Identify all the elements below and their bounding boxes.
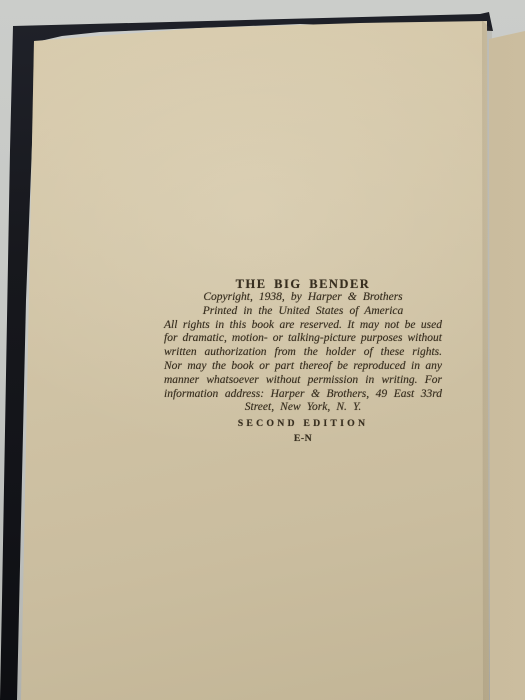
copyright-text-block: THE BIG BENDER Copyright, 1938, by Harpe… [164,277,442,444]
printed-line: Printed in the United States of America [164,305,442,319]
rights-line: written authorization from the holder of… [164,346,442,360]
rights-line: manner whatsoever without permission in … [164,374,442,388]
edition-line: SECOND EDITION [164,419,442,429]
rights-line: Nor may the book or part thereof be repr… [164,360,442,374]
rights-last-line: Street, New York, N. Y. [164,401,442,415]
printer-code: E-N [164,434,442,444]
book-photo: THE BIG BENDER Copyright, 1938, by Harpe… [0,0,525,700]
rights-line: All rights in this book are reserved. It… [164,319,442,333]
rights-line: for dramatic, motion- or talking-picture… [164,332,442,346]
rights-line: information address: Harper & Brothers, … [164,388,442,402]
copyright-line: Copyright, 1938, by Harper & Brothers [164,291,442,305]
book-title: THE BIG BENDER [164,277,442,291]
